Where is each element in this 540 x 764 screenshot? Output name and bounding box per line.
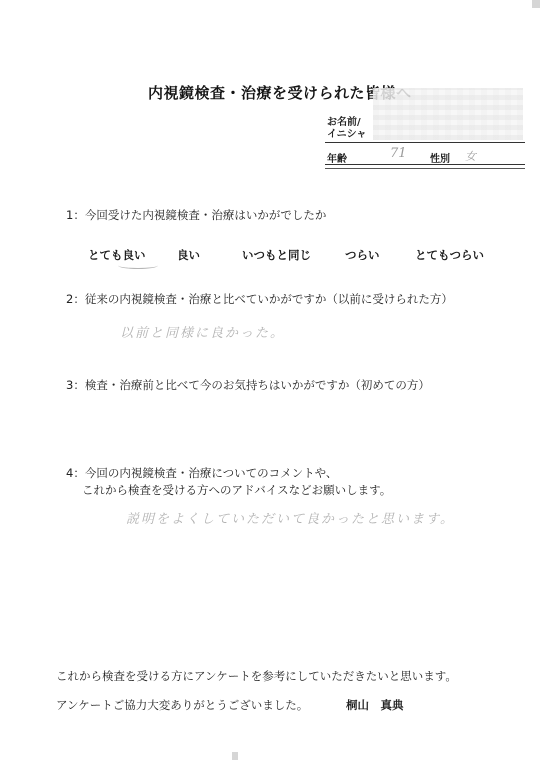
question-1-number: 1：: [66, 208, 85, 222]
question-4-text-line2: これから検査を受ける方へのアドバイスなどお願いします。: [82, 482, 391, 498]
q1-selection-mark: [118, 262, 158, 269]
question-2-answer: 以前と同様に良かった。: [120, 322, 285, 341]
question-1: 1：今回受けた内視鏡検査・治療はいかがでしたか: [66, 207, 326, 223]
question-4-answer: 説明をよくしていただいて良かったと思います。: [126, 508, 455, 527]
redacted-name-field: [373, 88, 523, 140]
question-2-text: 従来の内視鏡検査・治療と比べていかがですか（以前に受けられた方）: [85, 292, 453, 306]
question-2: 2：従来の内視鏡検査・治療と比べていかがですか（以前に受けられた方）: [66, 291, 453, 307]
q1-option-good: 良い: [177, 247, 200, 263]
question-3: 3：検査・治療前と比べて今のお気持ちはいかがですか（初めての方）: [66, 377, 430, 393]
name-label-line2: イニシャ: [327, 129, 366, 141]
age-sex-underline: [325, 164, 525, 169]
question-3-text: 検査・治療前と比べて今のお気持ちはいかがですか（初めての方）: [85, 378, 430, 392]
question-4-number: 4：: [66, 466, 85, 480]
q1-option-hard: つらい: [345, 247, 380, 263]
q1-option-very-hard: とてもつらい: [415, 247, 484, 263]
footer-thanks: アンケートご協力大変ありがとうございました。: [56, 697, 308, 713]
question-4: 4：今回の内視鏡検査・治療についてのコメントや、: [66, 465, 337, 481]
sex-value: 女: [465, 148, 476, 164]
age-value: 71: [390, 146, 407, 161]
question-2-number: 2：: [66, 292, 85, 306]
age-label: 年齢: [327, 150, 347, 165]
q1-option-very-good: とても良い: [88, 247, 146, 263]
document-title: 内視鏡検査・治療を受けられた皆様へ: [148, 82, 412, 103]
name-label-line1: お名前/: [327, 117, 366, 129]
q1-option-same: いつもと同じ: [242, 247, 311, 263]
sex-label: 性別: [430, 150, 450, 165]
name-label: お名前/ イニシャ: [327, 117, 366, 141]
signature: 桐山 真典: [346, 697, 404, 713]
scan-artifact: [232, 752, 238, 760]
question-3-number: 3：: [66, 378, 85, 392]
footer-request: これから検査を受ける方にアンケートを参考にしていただきたいと思います。: [56, 668, 457, 684]
question-1-text: 今回受けた内視鏡検査・治療はいかがでしたか: [85, 208, 327, 222]
question-4-text-line1: 今回の内視鏡検査・治療についてのコメントや、: [85, 466, 338, 480]
scan-artifact: [532, 0, 540, 8]
name-underline: [325, 142, 525, 143]
